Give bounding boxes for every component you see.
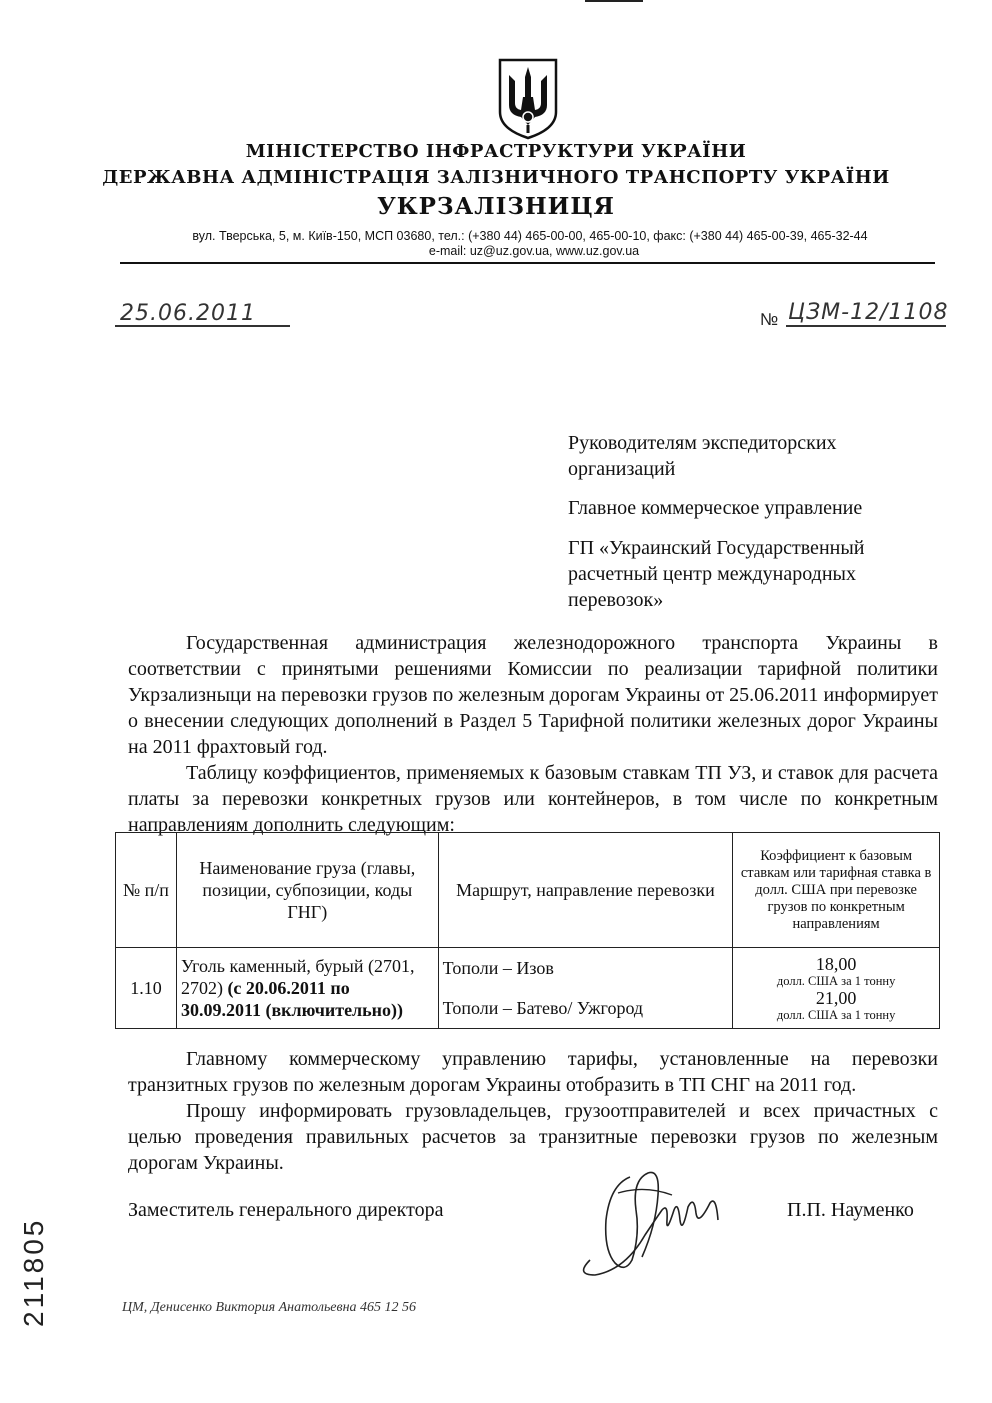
header-route: Маршрут, направление перевозки [438, 833, 733, 948]
paragraph-request-text: Прошу информировать грузовладельцев, гру… [128, 1100, 938, 1174]
document-date: 25.06.2011 [120, 301, 256, 326]
signatory-title: Заместитель генерального директора [128, 1199, 444, 1222]
number-label: № [760, 310, 778, 330]
table-header-row: № п/п Наименование груза (главы, позиции… [116, 833, 940, 948]
contact-line: e-mail: uz@uz.gov.ua, www.uz.gov.ua [0, 244, 992, 258]
organization-name: УКРЗАЛІЗНИЦЯ [0, 193, 992, 220]
paragraph-cis-tariffs-text: Главному коммерческому управлению тарифы… [128, 1048, 938, 1096]
administration-name: ДЕРЖАВНА АДМІНІСТРАЦІЯ ЗАЛІЗНИЧНОГО ТРАН… [0, 167, 992, 188]
rate-1-value: 18,00 [737, 954, 935, 974]
ukrainian-trident-icon [497, 57, 559, 140]
paragraph-table-intro-text: Таблицу коэффициентов, применяемых к баз… [128, 762, 938, 836]
executor-contact: ЦМ, Денисенко Виктория Анатольевна 465 1… [122, 1300, 416, 1316]
side-stamp: 211805 [14, 1205, 54, 1325]
rate-2-unit: долл. США за 1 тонну [737, 1008, 935, 1022]
route-2: Тополи – Батево/ Ужгород [443, 997, 729, 1019]
signatory-name: П.П. Науменко [787, 1199, 914, 1222]
row-rates: 18,00 долл. США за 1 тонну 21,00 долл. С… [733, 948, 940, 1029]
top-mark [585, 0, 643, 2]
address-line: вул. Тверська, 5, м. Київ-150, МСП 03680… [0, 229, 992, 243]
number-underline [786, 325, 946, 327]
handwritten-signature-icon [570, 1165, 740, 1280]
side-stamp-number: 211805 [18, 1197, 50, 1327]
row-number: 1.10 [116, 948, 177, 1029]
rate-1-unit: долл. США за 1 тонну [737, 974, 935, 988]
row-cargo: Уголь каменный, бурый (2701, 2702) (с 20… [176, 948, 438, 1029]
addressee-commercial-department: Главное коммерческое управление [568, 495, 928, 521]
paragraph-intro-text: Государственная администрация железнодор… [128, 632, 938, 758]
table-row: 1.10 Уголь каменный, бурый (2701, 2702) … [116, 948, 940, 1029]
paragraph-cis-tariffs: Главному коммерческому управлению тарифы… [128, 1046, 938, 1098]
header-number: № п/п [116, 833, 177, 948]
route-1: Тополи – Изов [443, 957, 729, 979]
paragraph-table-intro: Таблицу коэффициентов, применяемых к баз… [128, 760, 938, 838]
row-routes: Тополи – Изов Тополи – Батево/ Ужгород [438, 948, 733, 1029]
date-underline [115, 325, 290, 327]
document-number: ЦЗМ-12/1108 [788, 300, 949, 325]
ministry-name: МІНІСТЕРСТВО ІНФРАСТРУКТУРИ УКРАЇНИ [0, 141, 992, 162]
addressee-forwarders: Руководителям экспедиторских организаций [568, 430, 868, 482]
tariff-table: № п/п Наименование груза (главы, позиции… [115, 832, 940, 1029]
paragraph-request: Прошу информировать грузовладельцев, гру… [128, 1098, 938, 1176]
header-rate: Коэффициент к базовым ставкам или тарифн… [733, 833, 940, 948]
addressee-settlement-center: ГП «Украинский Государственный расчетный… [568, 535, 908, 613]
rate-2-value: 21,00 [737, 988, 935, 1008]
paragraph-intro: Государственная администрация железнодор… [128, 630, 938, 760]
header-cargo: Наименование груза (главы, позиции, субп… [176, 833, 438, 948]
header-divider [120, 262, 935, 264]
